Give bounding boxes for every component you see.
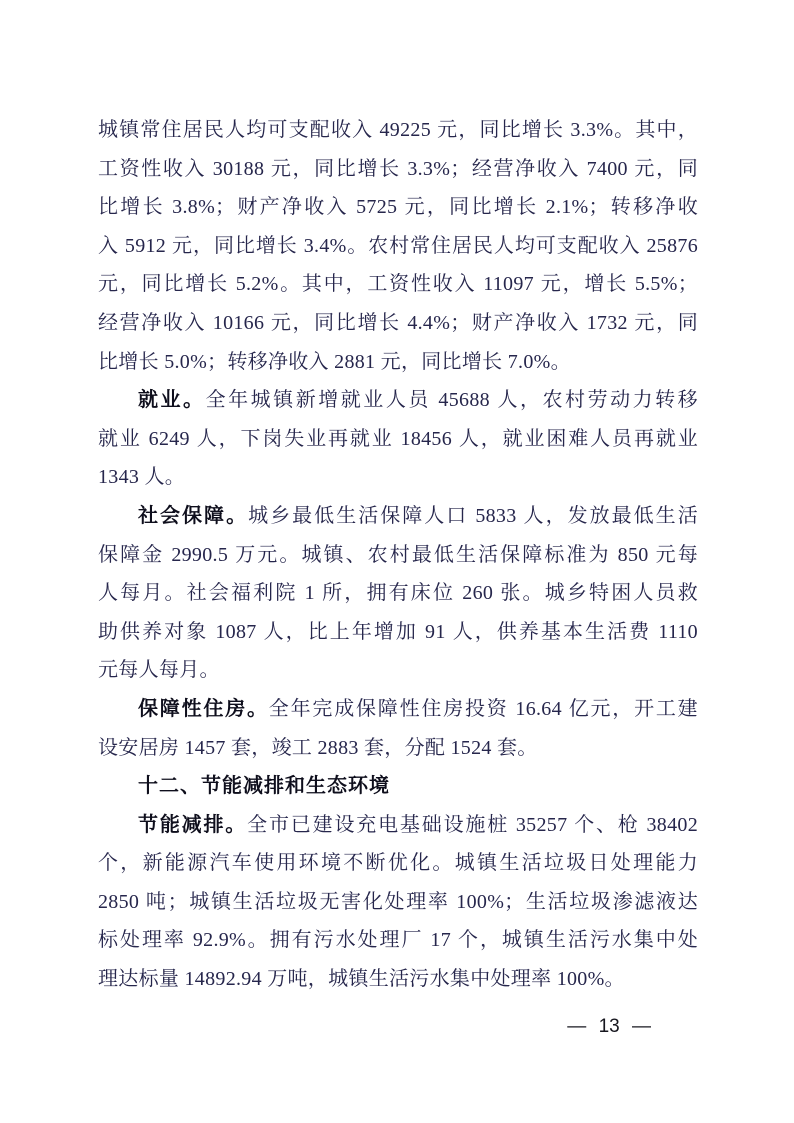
text-line: 比增长 5.0%；转移净收入 2881 元，同比增长 7.0%。 [98,343,698,382]
text-line: 比增长 3.8%；财产净收入 5725 元，同比增长 2.1%；转移净收 [98,188,698,227]
text-line: 节能减排。全市已建设充电基础设施桩 35257 个、枪 38402 [98,806,698,845]
text-line: 城镇常住居民人均可支配收入 49225 元，同比增长 3.3%。其中， [98,111,698,150]
text-line: 理达标量 14892.94 万吨，城镇生活污水集中处理率 100%。 [98,960,698,999]
text-line: 元每人每月。 [98,651,698,690]
text-line: 就业。全年城镇新增就业人员 45688 人，农村劳动力转移 [98,381,698,420]
text-line: 保障金 2990.5 万元。城镇、农村最低生活保障标准为 850 元每 [98,536,698,575]
document-body: 城镇常住居民人均可支配收入 49225 元，同比增长 3.3%。其中，工资性收入… [98,111,698,999]
text-line: 人每月。社会福利院 1 所，拥有床位 260 张。城乡特困人员救 [98,574,698,613]
text-line-body: 城乡最低生活保障人口 5833 人，发放最低生活 [248,505,698,527]
text-line: 元，同比增长 5.2%。其中，工资性收入 11097 元，增长 5.5%； [98,265,698,304]
text-line: 1343 人。 [98,458,698,497]
text-line: 经营净收入 10166 元，同比增长 4.4%；财产净收入 1732 元，同 [98,304,698,343]
text-line-body: 全年城镇新增就业人员 45688 人，农村劳动力转移 [206,389,698,411]
text-line: 助供养对象 1087 人，比上年增加 91 人，供养基本生活费 1110 [98,613,698,652]
document-page: 城镇常住居民人均可支配收入 49225 元，同比增长 3.3%。其中，工资性收入… [0,0,794,1123]
section-heading: 十二、节能减排和生态环境 [98,767,698,806]
page-number-text: — 13 — [567,1016,651,1037]
text-line: 个，新能源汽车使用环境不断优化。城镇生活垃圾日处理能力 [98,844,698,883]
text-line: 社会保障。城乡最低生活保障人口 5833 人，发放最低生活 [98,497,698,536]
text-line: 工资性收入 30188 元，同比增长 3.3%；经营净收入 7400 元，同 [98,150,698,189]
text-line-body: 全市已建设充电基础设施桩 35257 个、枪 38402 [247,814,698,836]
paragraph-lead: 社会保障。 [138,505,248,527]
text-line: 标处理率 92.9%。拥有污水处理厂 17 个，城镇生活污水集中处 [98,921,698,960]
text-line: 设安居房 1457 套，竣工 2883 套，分配 1524 套。 [98,729,698,768]
paragraph-lead: 就业。 [138,389,206,411]
paragraph-lead: 节能减排。 [138,814,247,836]
page-number: — 13 — [567,1016,651,1038]
text-line-body: 全年完成保障性住房投资 16.64 亿元，开工建 [269,698,698,720]
text-line: 保障性住房。全年完成保障性住房投资 16.64 亿元，开工建 [98,690,698,729]
text-line: 入 5912 元，同比增长 3.4%。农村常住居民人均可支配收入 25876 [98,227,698,266]
text-line: 就业 6249 人，下岗失业再就业 18456 人，就业困难人员再就业 [98,420,698,459]
paragraph-lead: 保障性住房。 [138,698,269,720]
text-line: 2850 吨；城镇生活垃圾无害化处理率 100%；生活垃圾渗滤液达 [98,883,698,922]
